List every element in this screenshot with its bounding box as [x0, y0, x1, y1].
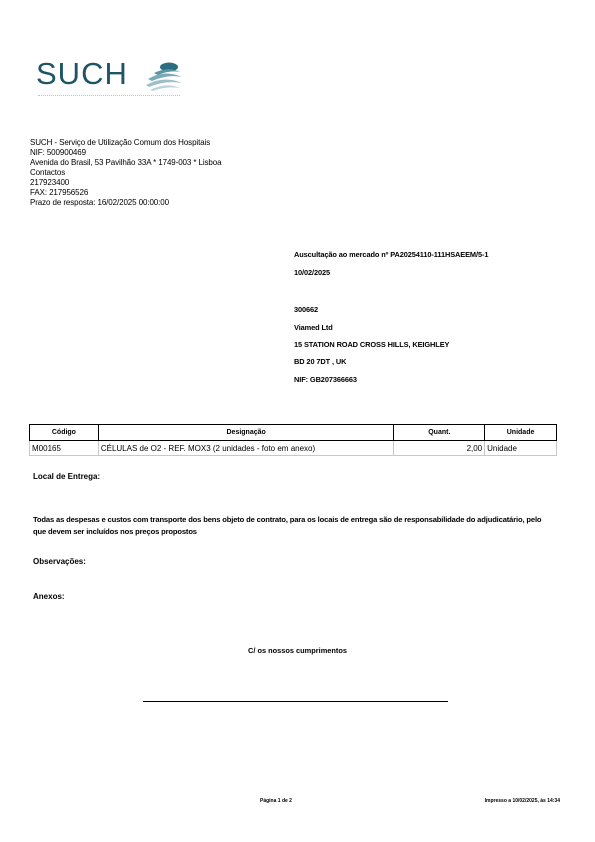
such-logo: SUCH — [36, 58, 196, 103]
table-header-row: Código Designação Quant. Unidade — [30, 425, 557, 441]
wave-swirl-icon — [144, 60, 184, 92]
transport-terms: Todas as despesas e custos com transport… — [33, 514, 553, 538]
market-consultation-reference: Auscultação ao mercado nº PA20254110-111… — [294, 250, 488, 259]
logo-wordmark: SUCH — [36, 58, 128, 89]
header-quantity: Quant. — [394, 425, 485, 441]
signature-line — [143, 701, 448, 702]
closing-greeting: C/ os nossos cumprimentos — [0, 646, 595, 655]
issuer-fax: FAX: 217956526 — [30, 188, 221, 198]
supplier-code: 300662 — [294, 305, 318, 314]
response-deadline: Prazo de resposta: 16/02/2025 00:00:00 — [30, 198, 221, 208]
item-code: M00165 — [30, 441, 99, 456]
issuer-block: SUCH - Serviço de Utilização Comum dos H… — [30, 138, 221, 208]
document-date: 10/02/2025 — [294, 268, 330, 277]
supplier-name: Viamed Ltd — [294, 323, 333, 332]
observations-label: Observações: — [33, 557, 86, 566]
issuer-contacts-label: Contactos — [30, 168, 221, 178]
attachments-label: Anexos: — [33, 592, 65, 601]
header-code: Código — [30, 425, 99, 441]
logo-tagline — [38, 95, 180, 98]
issuer-phone: 217923400 — [30, 178, 221, 188]
printed-timestamp: Impresso a 10/02/2025, às 14:34 — [485, 798, 560, 804]
page-number: Página 1 de 2 — [260, 798, 292, 804]
item-unit: Unidade — [485, 441, 557, 456]
supplier-address: 15 STATION ROAD CROSS HILLS, KEIGHLEY — [294, 340, 449, 349]
issuer-address: Avenida do Brasil, 53 Pavilhão 33A * 174… — [30, 158, 221, 168]
header-unit: Unidade — [485, 425, 557, 441]
item-designation: CÉLULAS de O2 - REF. MOX3 (2 unidades - … — [98, 441, 394, 456]
issuer-name: SUCH - Serviço de Utilização Comum dos H… — [30, 138, 221, 148]
supplier-nif: NIF: GB207366663 — [294, 375, 357, 384]
table-row: M00165 CÉLULAS de O2 - REF. MOX3 (2 unid… — [30, 441, 557, 456]
issuer-nif: NIF: 500900469 — [30, 148, 221, 158]
delivery-location-label: Local de Entrega: — [33, 472, 100, 481]
supplier-postcode: BD 20 7DT , UK — [294, 357, 346, 366]
items-table: Código Designação Quant. Unidade M00165 … — [29, 424, 557, 456]
item-quantity: 2,00 — [394, 441, 485, 456]
header-designation: Designação — [98, 425, 394, 441]
